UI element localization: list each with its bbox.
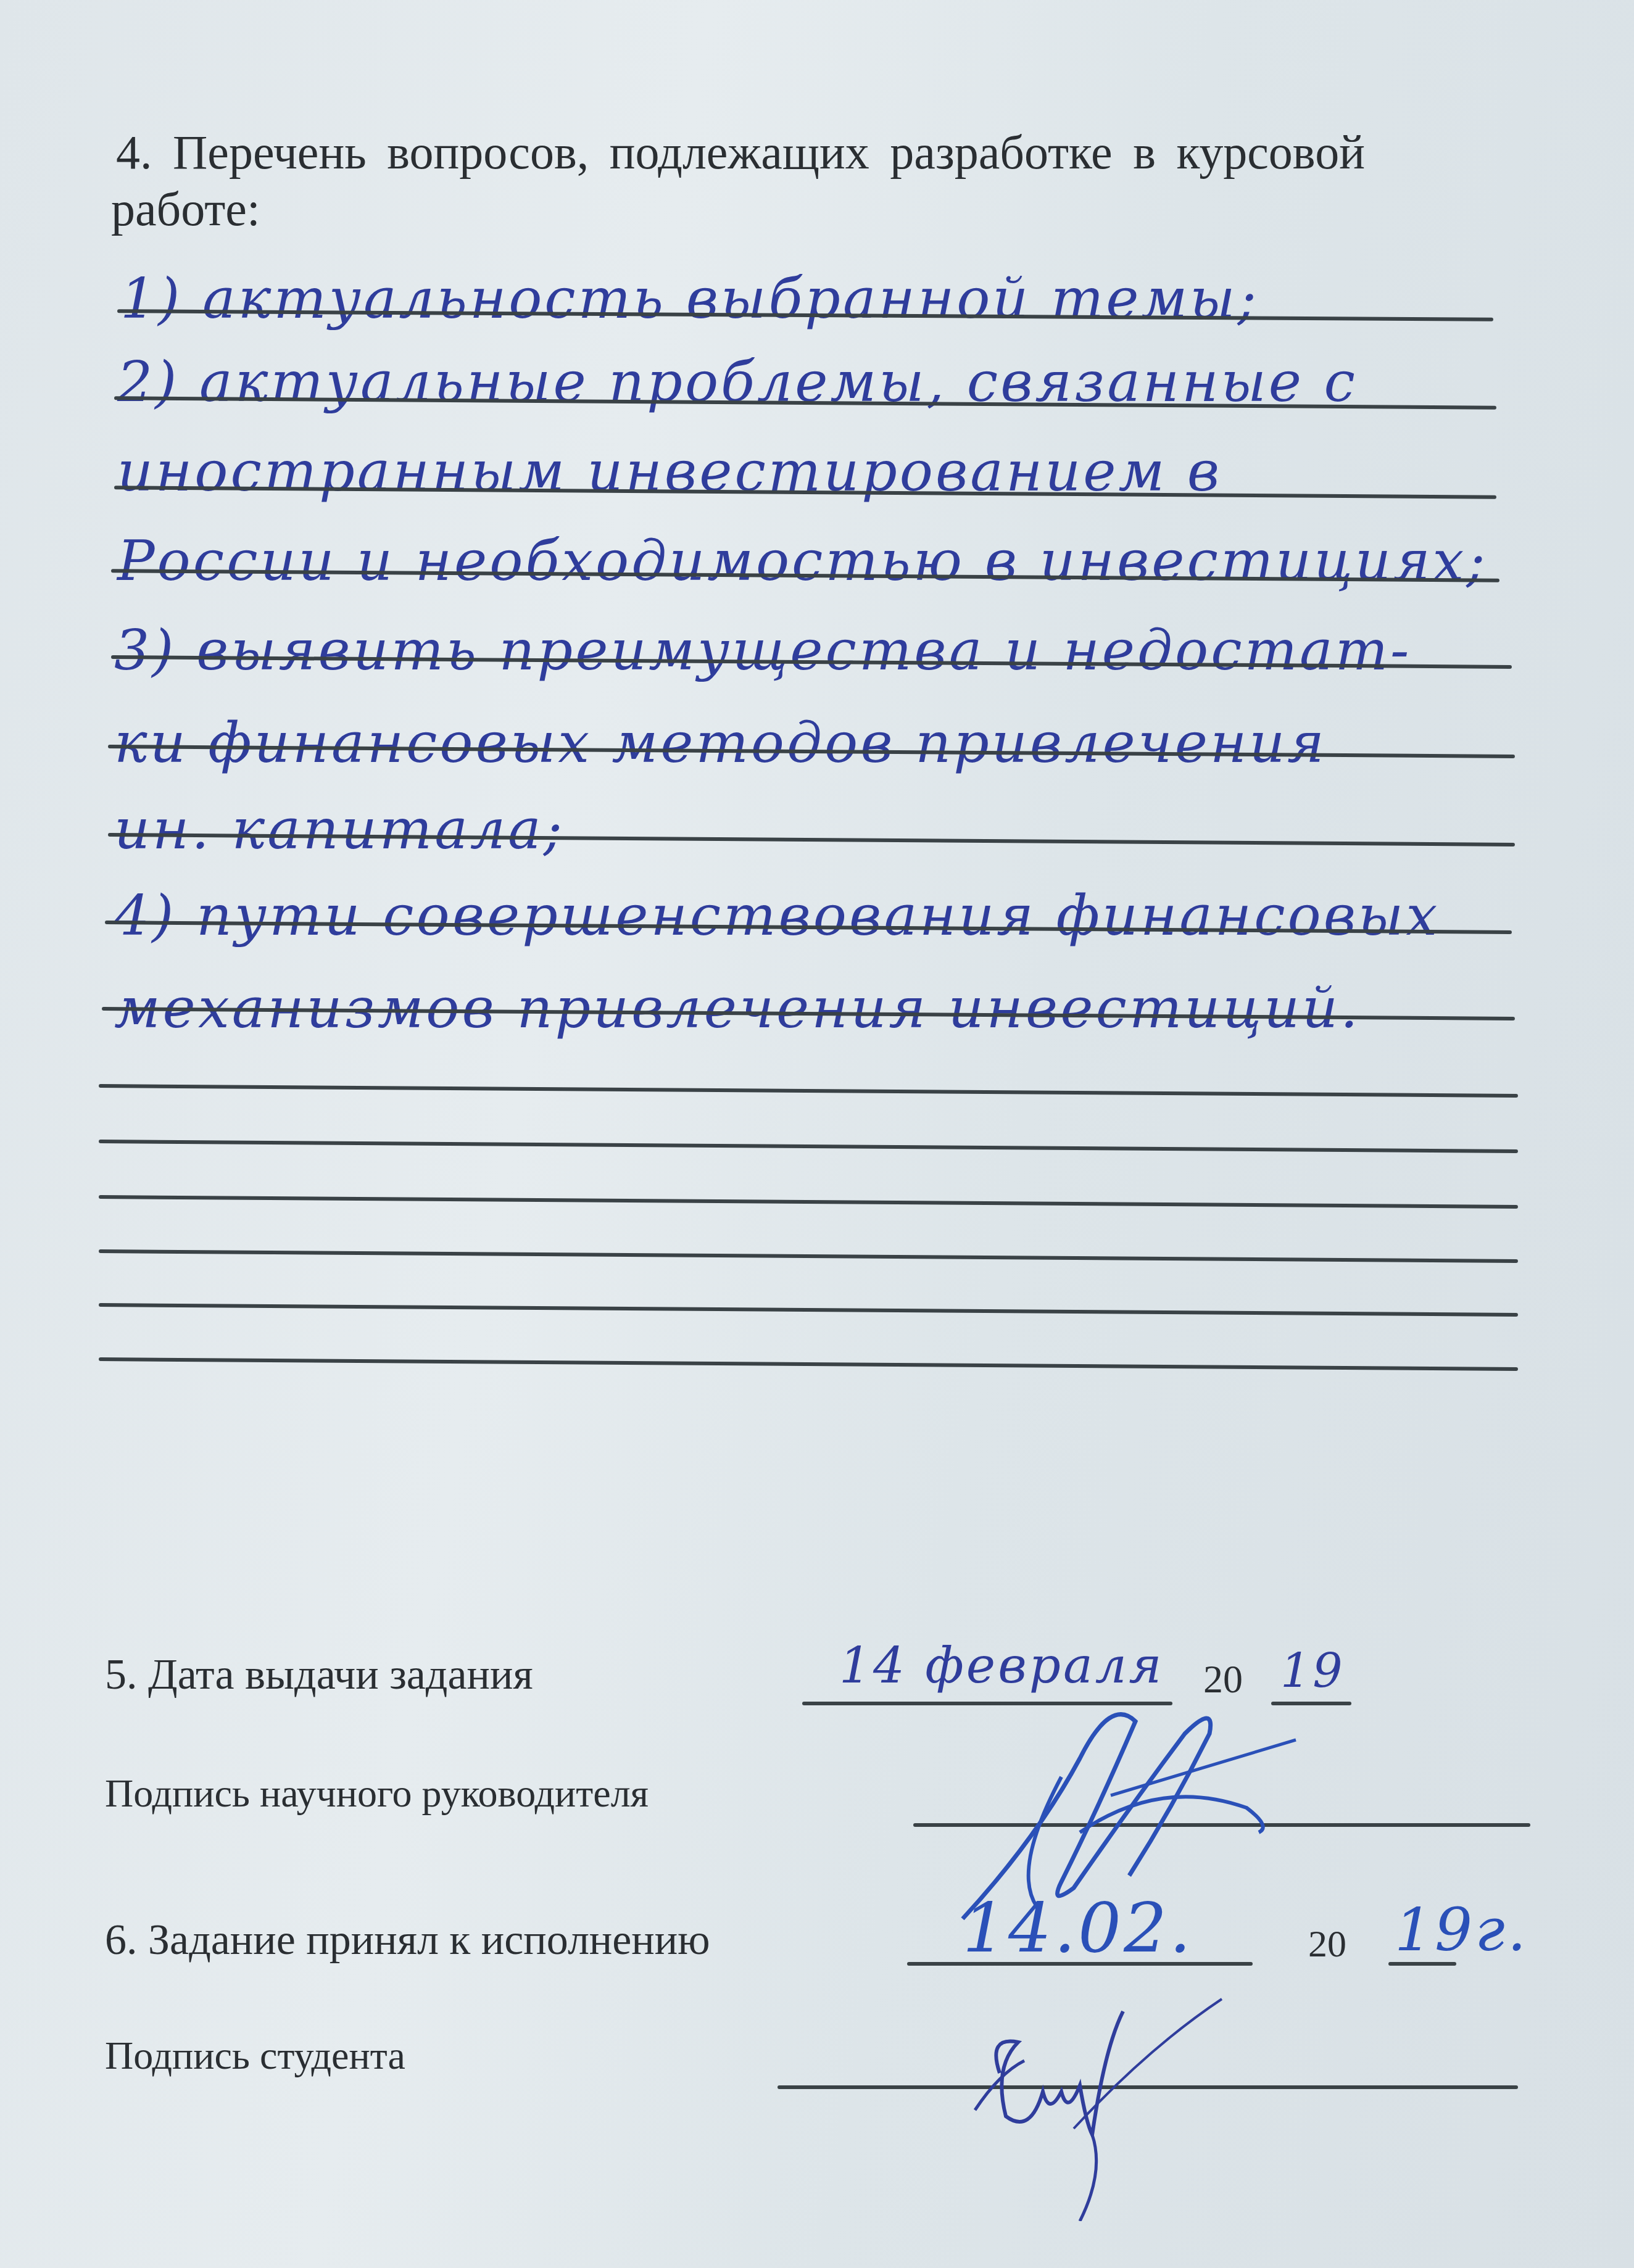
handwritten-line-7: ин. капитала;	[114, 802, 565, 858]
issue-date-label: 5. Дата выдачи задания	[105, 1653, 533, 1697]
document-page: 4. Перечень вопросов, подлежащих разрабо…	[0, 0, 1634, 2268]
empty-line-1	[99, 1084, 1518, 1098]
empty-line-5	[99, 1303, 1518, 1317]
student-signature-label: Подпись студента	[105, 2036, 405, 2076]
section4-heading-line2: работе:	[111, 185, 260, 233]
student-signature	[963, 1974, 1271, 2221]
handwritten-line-8: 4) пути совершенствования финансовых	[114, 888, 1440, 944]
empty-line-3	[99, 1195, 1518, 1209]
accepted-year-prefix: 20	[1308, 1925, 1346, 1963]
empty-line-6	[99, 1357, 1518, 1371]
accepted-label: 6. Задание принял к исполнению	[105, 1919, 710, 1962]
section4-heading-line1: 4. Перечень вопросов, подлежащих разрабо…	[116, 128, 1365, 176]
accepted-year-handwritten: 19г.	[1395, 1900, 1528, 1960]
supervisor-signature-label: Подпись научного руководителя	[105, 1774, 649, 1813]
handwritten-line-5: 3) выявить преимущества и недостат-	[114, 623, 1411, 679]
empty-line-4	[99, 1249, 1518, 1263]
empty-line-2	[99, 1140, 1518, 1153]
handwritten-line-4: России и необходимостью в инвестициях;	[117, 534, 1488, 589]
handwritten-line-6: ки финансовых методов привлечения	[114, 716, 1327, 771]
accepted-date-handwritten: 14.02.	[963, 1894, 1193, 1962]
issue-date-handwritten: 14 февраля	[839, 1641, 1164, 1691]
